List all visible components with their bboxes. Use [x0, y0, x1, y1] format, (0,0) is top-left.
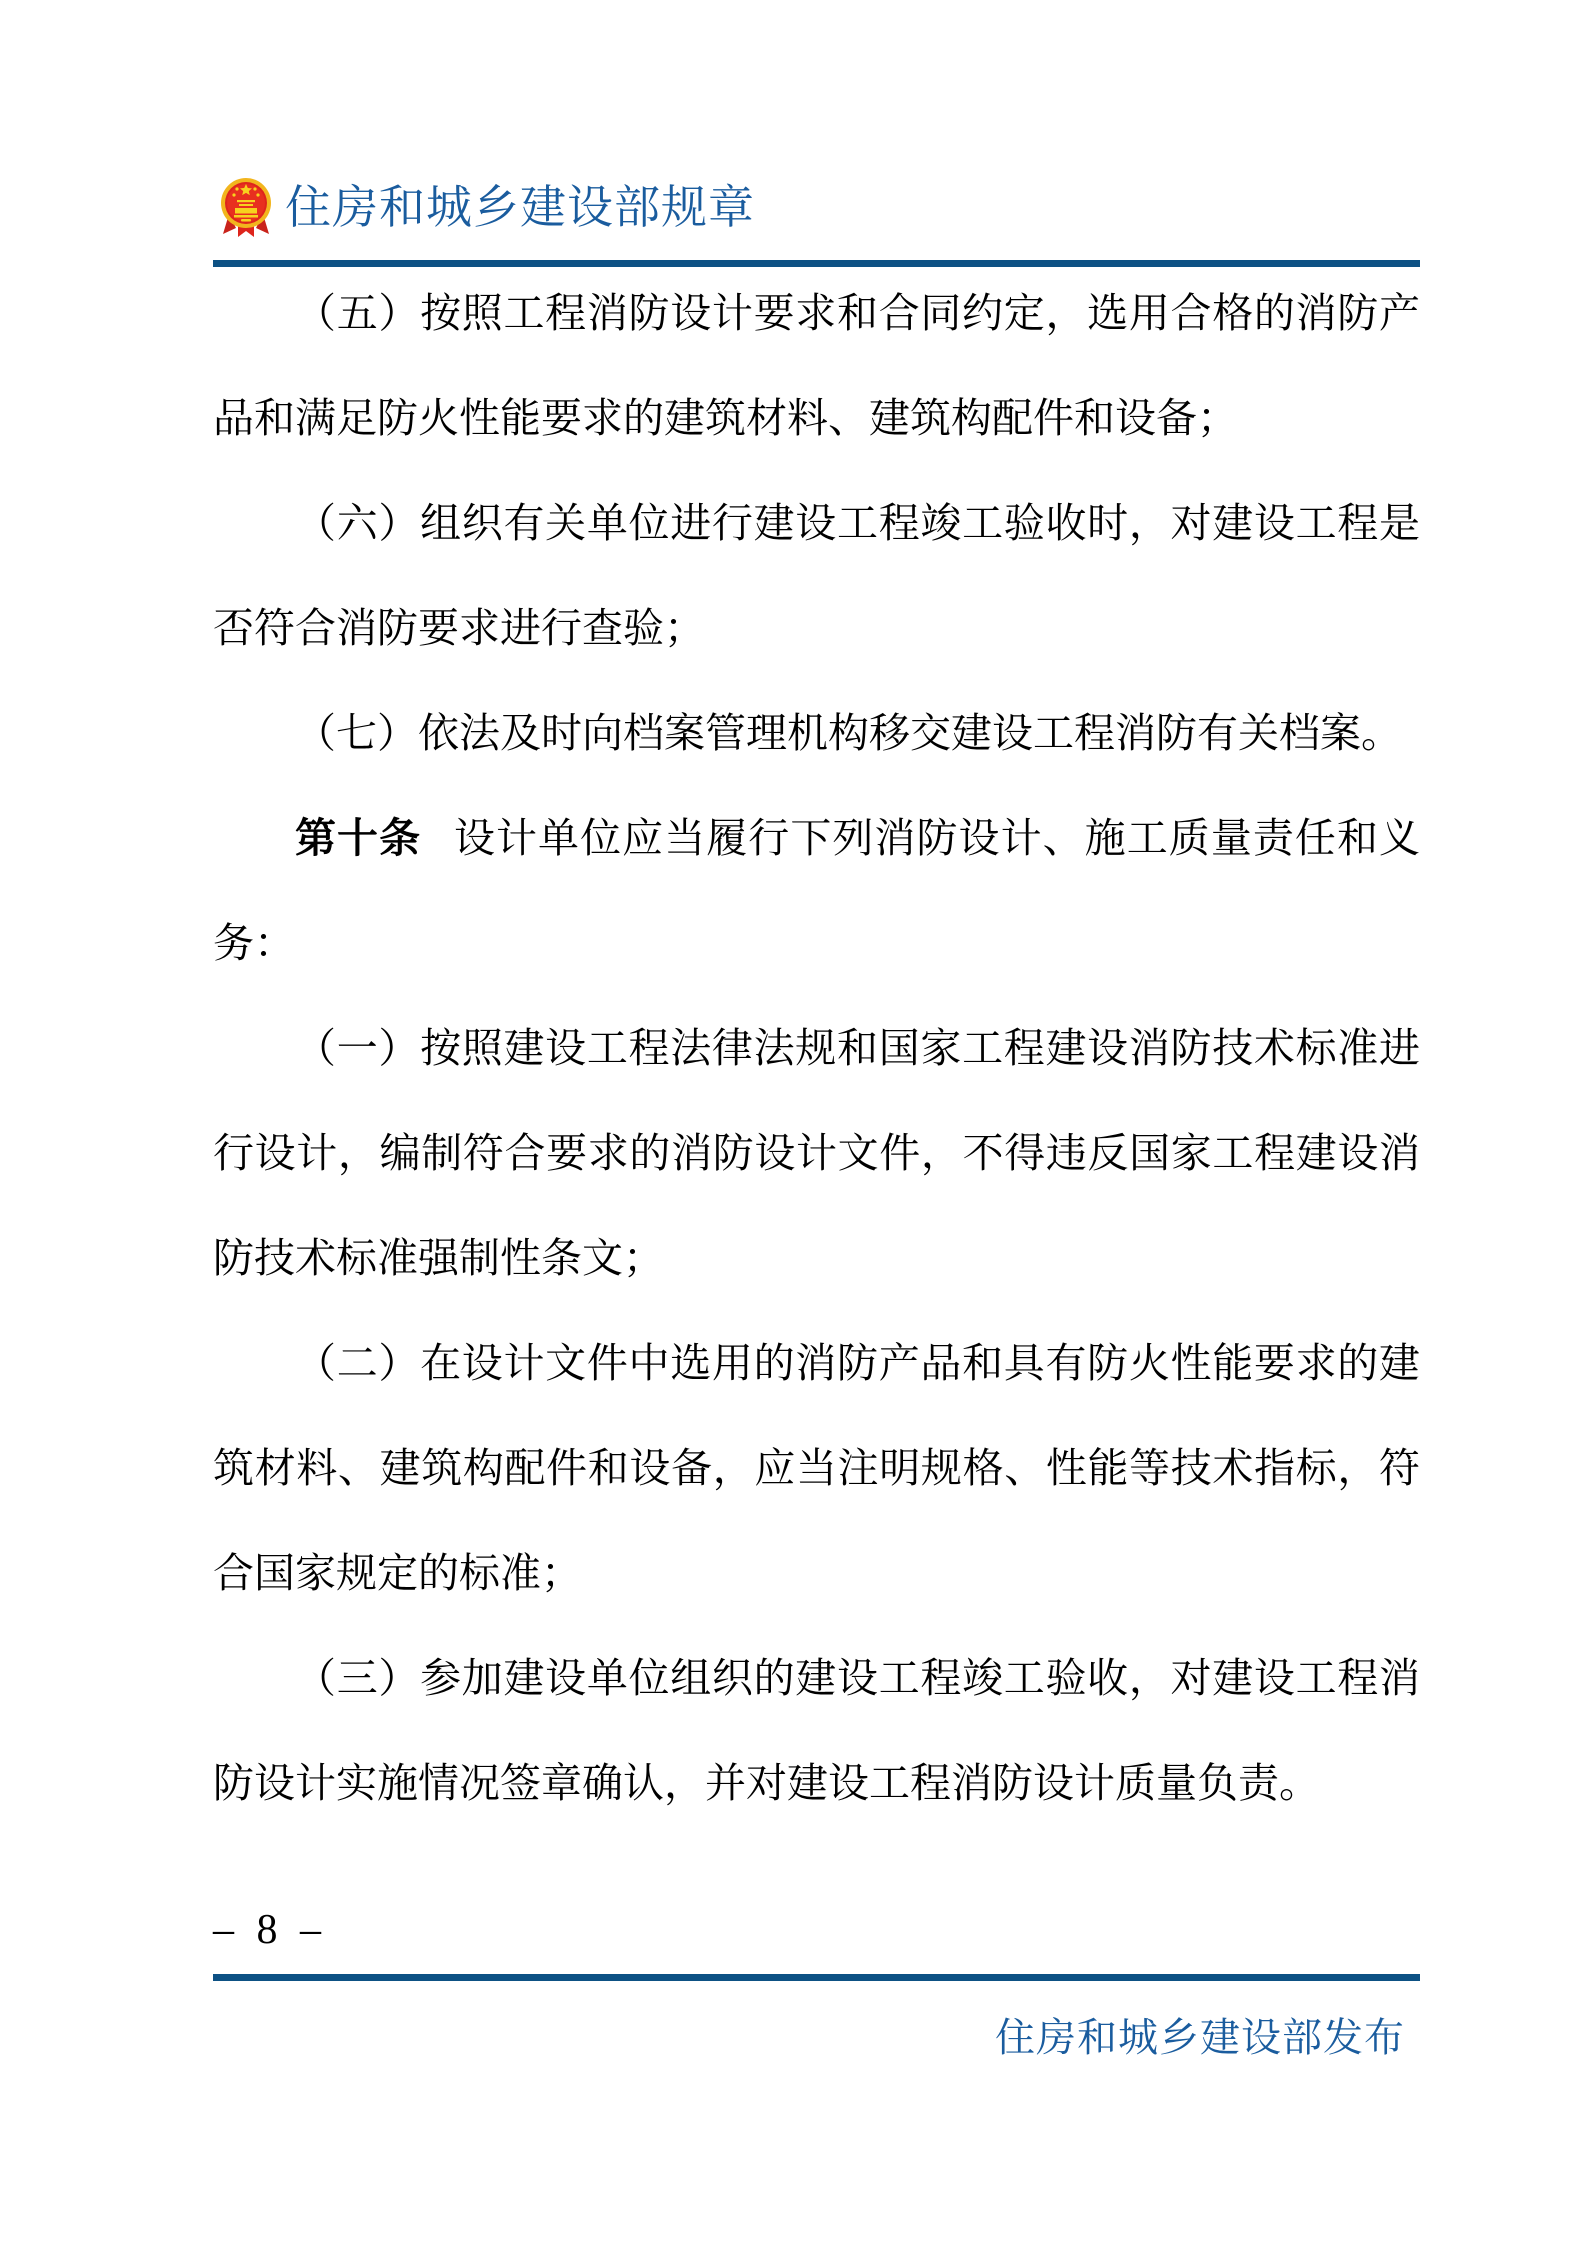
paragraph-text: （一）按照建设工程法律法规和国家工程建设消防技术标准进行设计，编制符合要求的消防…	[213, 1025, 1420, 1281]
paragraph-article-10: 第十条设计单位应当履行下列消防设计、施工质量责任和义务：	[213, 786, 1420, 996]
paragraph-item-7: （七）依法及时向档案管理机构移交建设工程消防有关档案。	[213, 681, 1420, 786]
paragraph-text: （三）参加建设单位组织的建设工程竣工验收，对建设工程消防设计实施情况签章确认，并…	[213, 1655, 1420, 1806]
page-title: 住房和城乡建设部规章	[285, 185, 755, 231]
china-national-emblem-icon	[220, 174, 272, 242]
paragraph-item-1: （一）按照建设工程法律法规和国家工程建设消防技术标准进行设计，编制符合要求的消防…	[213, 996, 1420, 1311]
footer-divider	[213, 1974, 1420, 1981]
paragraph-item-6: （六）组织有关单位进行建设工程竣工验收时，对建设工程是否符合消防要求进行查验；	[213, 471, 1420, 681]
paragraph-item-3: （三）参加建设单位组织的建设工程竣工验收，对建设工程消防设计实施情况签章确认，并…	[213, 1626, 1420, 1836]
paragraph-item-5: （五）按照工程消防设计要求和合同约定，选用合格的消防产品和满足防火性能要求的建筑…	[213, 261, 1420, 471]
publisher-label: 住房和城乡建设部发布	[213, 2014, 1405, 2062]
page-header: 住房和城乡建设部规章	[220, 174, 755, 242]
document-body: （五）按照工程消防设计要求和合同约定，选用合格的消防产品和满足防火性能要求的建筑…	[213, 261, 1420, 1836]
paragraph-text: （五）按照工程消防设计要求和合同约定，选用合格的消防产品和满足防火性能要求的建筑…	[213, 290, 1420, 441]
paragraph-text: （六）组织有关单位进行建设工程竣工验收时，对建设工程是否符合消防要求进行查验；	[213, 500, 1420, 651]
article-number: 第十条	[295, 815, 421, 861]
paragraph-item-2: （二）在设计文件中选用的消防产品和具有防火性能要求的建筑材料、建筑构配件和设备，…	[213, 1311, 1420, 1626]
paragraph-text: （二）在设计文件中选用的消防产品和具有防火性能要求的建筑材料、建筑构配件和设备，…	[213, 1340, 1420, 1596]
paragraph-text: （七）依法及时向档案管理机构移交建设工程消防有关档案。	[295, 710, 1402, 756]
page-number: – 8 –	[213, 1907, 327, 1953]
document-page: 住房和城乡建设部规章 （五）按照工程消防设计要求和合同约定，选用合格的消防产品和…	[0, 0, 1587, 2245]
